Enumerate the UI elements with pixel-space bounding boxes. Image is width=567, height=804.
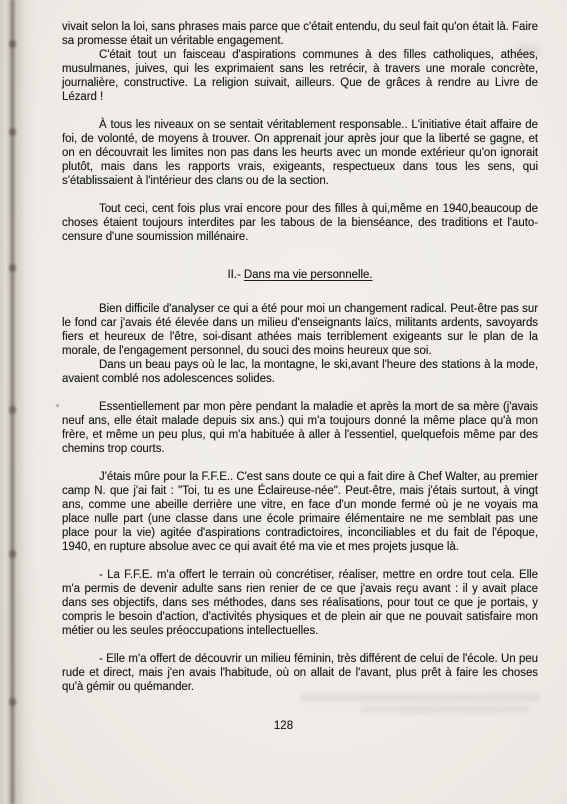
scan-artifact-dot: [56, 404, 59, 407]
scanned-page: vivait selon la loi, sans phrases mais p…: [0, 0, 567, 804]
section-number: II.-: [228, 269, 241, 281]
section-title: Dans ma vie personnelle.: [244, 269, 373, 281]
scan-gutter-shadow: [0, 0, 36, 804]
paragraph: À tous les niveaux on se sentait véritab…: [62, 118, 538, 188]
paragraph: J'étais mûre pour la F.F.E.. C'est sans …: [62, 470, 538, 554]
binding-speck: [9, 550, 16, 558]
paragraph-dash: - La F.F.E. m'a offert le terrain où con…: [62, 568, 538, 638]
paragraph-continuation: vivait selon la loi, sans phrases mais p…: [62, 20, 538, 48]
binding-speck: [9, 406, 16, 414]
page-number: 128: [0, 720, 567, 732]
scan-gutter-line: [11, 0, 14, 804]
binding-speck: [9, 40, 16, 48]
page-content: vivait selon la loi, sans phrases mais p…: [62, 20, 538, 694]
binding-speck: [9, 264, 16, 272]
paragraph-dash: - Elle m'a offert de découvrir un milieu…: [62, 652, 538, 694]
paragraph: C'était tout un faisceau d'aspirations c…: [62, 48, 538, 104]
binding-speck: [9, 128, 16, 136]
section-heading: II.- Dans ma vie personnelle.: [62, 268, 538, 282]
paragraph: Tout ceci, cent fois plus vrai encore po…: [62, 202, 538, 244]
paragraph: Bien difficile d'analyser ce qui a été p…: [62, 302, 538, 358]
binding-speck: [9, 698, 16, 706]
print-ghosting: [360, 706, 530, 713]
paragraph: Dans un beau pays où le lac, la montagne…: [62, 358, 538, 386]
paragraph: Essentiellement par mon père pendant la …: [62, 400, 538, 456]
print-ghosting: [300, 694, 540, 702]
